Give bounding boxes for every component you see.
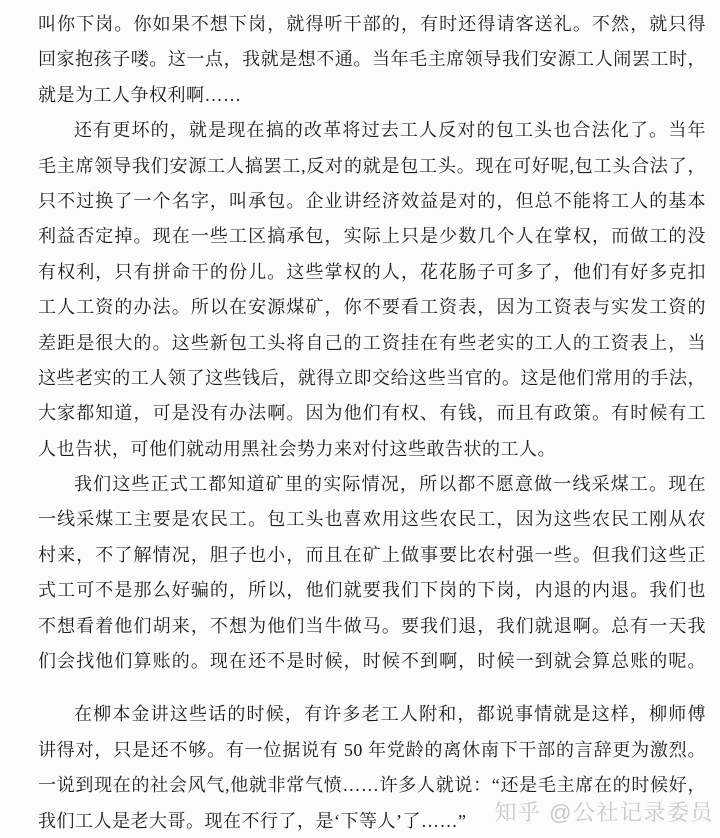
text-line: 我们这些正式工都知道矿里的实际情况，所以都不愿意做一线采煤工。现在 bbox=[38, 467, 706, 502]
zhihu-watermark: 知乎 @公社记录委员 bbox=[495, 796, 714, 827]
text-line: 不想看着他们胡来，不想为他们当牛做马。要我们退，我们就退啊。总有一天我 bbox=[38, 609, 706, 644]
text-line: 毛主席领导我们安源工人搞罢工,反对的就是包工头。现在可好呢,包工头合法了， bbox=[38, 149, 706, 184]
text-line: 们会找他们算账的。现在还不是时候，时候不到啊，时候一到就会算总账的呢。 bbox=[38, 644, 706, 679]
text-line: 工人工资的办法。所以在安源煤矿，你不要看工资表，因为工资表与实发工资的 bbox=[38, 290, 706, 325]
text-line: 有权利，只有拼命干的份儿。这些掌权的人，花花肠子可多了，他们有好多克扣 bbox=[38, 255, 706, 290]
text-line: 差距是很大的。这些新包工头将自己的工资挂在有些老实的工人的工资表上，当 bbox=[38, 326, 706, 361]
text-line: 还有更坏的，就是现在搞的改革将过去工人反对的包工头也合法化了。当年 bbox=[38, 113, 706, 148]
text-line: 一线采煤工主要是农民工。包工头也喜欢用这些农民工，因为这些农民工刚从农 bbox=[38, 502, 706, 537]
text-line: 村来，不了解情况，胆子也小，而且在矿上做事要比农村强一些。但我们这些正 bbox=[38, 538, 706, 573]
text-line: 只不过换了一个名字，叫承包。企业讲经济效益是对的，但总不能将工人的基本 bbox=[38, 184, 706, 219]
text-line: 讲得对，只是还不够。有一位据说有 50 年党龄的离休南下干部的言辞更为激烈。 bbox=[38, 733, 706, 768]
text-line: 这些老实的工人领了这些钱后，就得立即交给这些当官的。这是他们常用的手法， bbox=[38, 361, 706, 396]
text-line: 人也告状，可他们就动用黑社会势力来对付这些敢告状的工人。 bbox=[38, 432, 706, 467]
text-block: 叫你下岗。你如果不想下岗，就得听干部的，有时还得请客送礼。不然，就只得回家抱孩子… bbox=[38, 7, 706, 838]
text-line: 利益否定掉。现在一些工区搞承包，实际上只是少数几个人在掌权，而做工的没 bbox=[38, 219, 706, 254]
text-line: 就是为工人争权利啊…… bbox=[38, 78, 706, 113]
document-page: 叫你下岗。你如果不想下岗，就得听干部的，有时还得请客送礼。不然，就只得回家抱孩子… bbox=[0, 0, 720, 838]
text-line: 回家抱孩子喽。这一点，我就是想不通。当年毛主席领导我们安源工人闹罢工时， bbox=[38, 42, 706, 77]
text-line: 大家都知道，可是没有办法啊。因为他们有权、有钱，而且有政策。有时候有工 bbox=[38, 396, 706, 431]
text-line: 叫你下岗。你如果不想下岗，就得听干部的，有时还得请客送礼。不然，就只得 bbox=[38, 7, 706, 42]
text-line: 在柳本金讲这些话的时候，有许多老工人附和，都说事情就是这样，柳师傅 bbox=[38, 697, 706, 732]
text-line: 式工可不是那么好骗的，所以，他们就要我们下岗的下岗，内退的内退。我们也 bbox=[38, 573, 706, 608]
